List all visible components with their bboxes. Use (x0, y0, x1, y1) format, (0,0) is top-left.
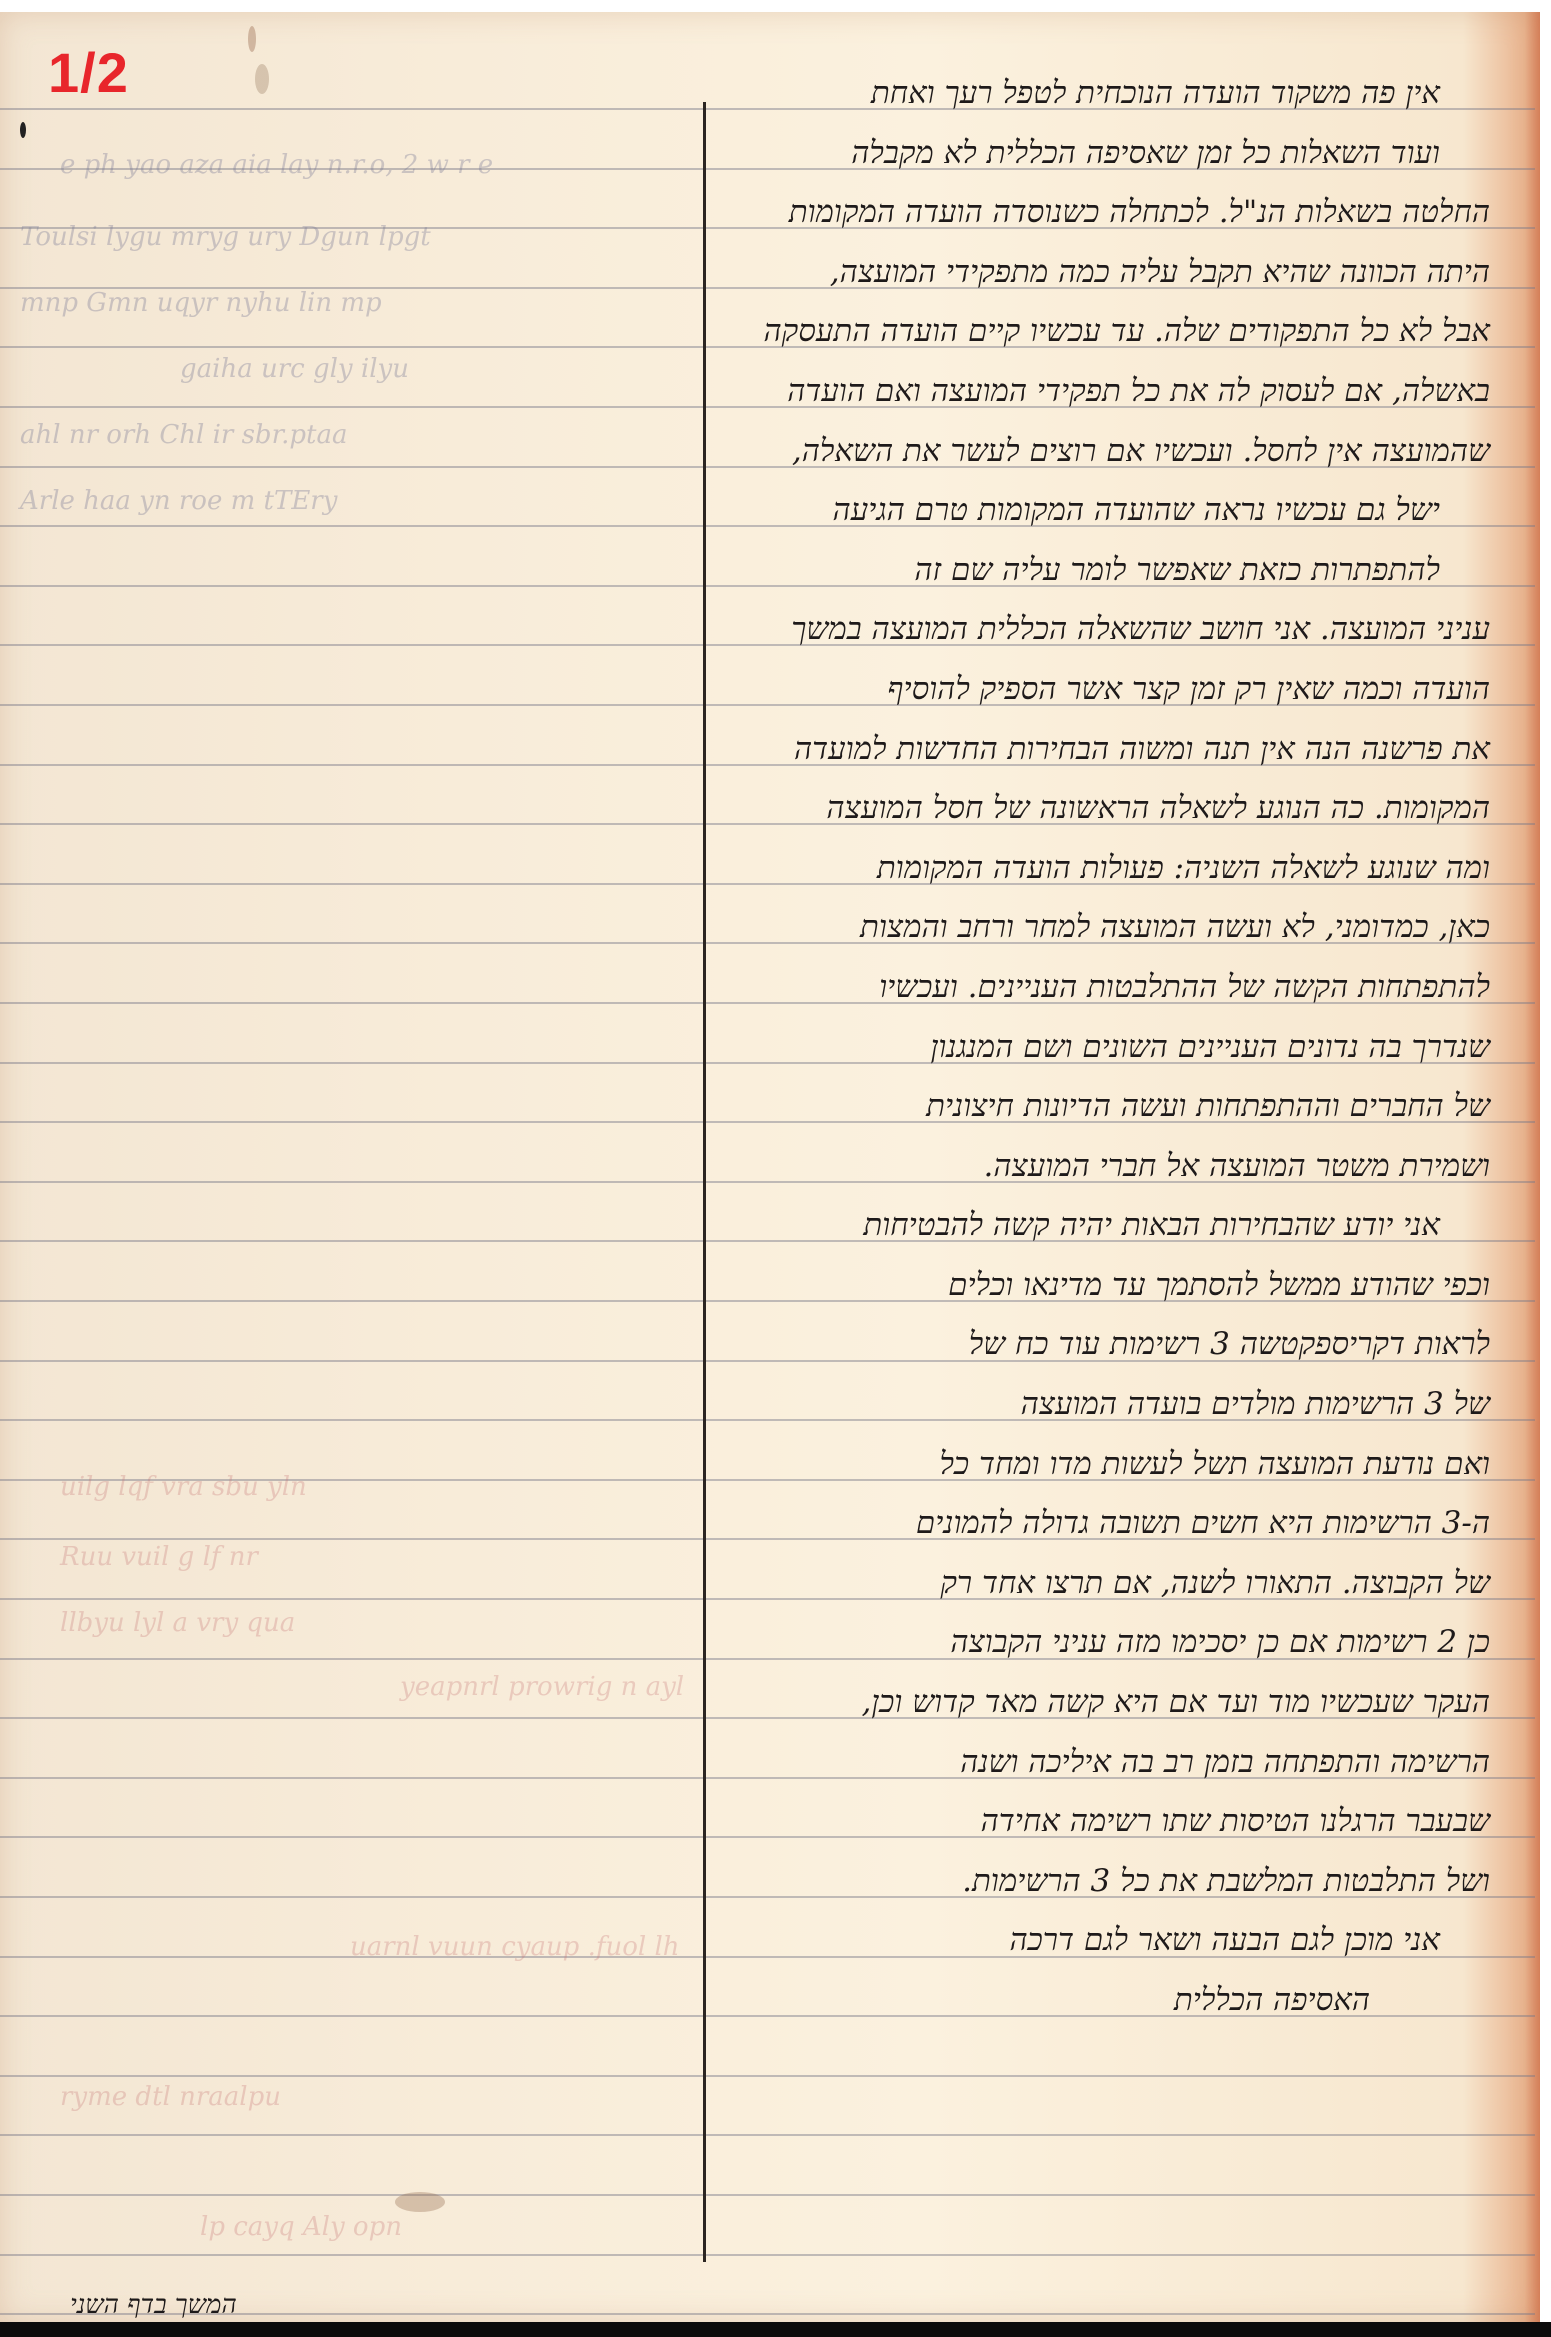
handwritten-body: אין פה משקוד הועדה הנוכחית לטפל רעך ואחת… (720, 64, 1510, 2031)
continuation-note: המשך בדף השני (70, 2290, 237, 2325)
text-line: כאן, כמדומני, לא ועשה המועצה למחר ורחב ו… (720, 898, 1510, 958)
text-line: כן 2 רשימות אם כן יסכימו מזה עניני הקבוצ… (720, 1613, 1510, 1673)
text-line: החלטה בשאלות הנ"ל. לכתחלה כשנוסדה הועדה … (720, 183, 1510, 243)
text-line: אני יודע שהבחירות הבאות יהיה קשה להבטיחו… (720, 1196, 1510, 1256)
text-line: הועדה וכמה שאין רק זמן קצר אשר הספיק להו… (720, 660, 1510, 720)
text-line: ה-3 הרשימות היא חשים תשובה גדולה להמונים (720, 1494, 1510, 1554)
text-line: שבעבר הרגלנו הטיסות שתו רשימה אחידה (720, 1792, 1510, 1852)
text-line: ומה שנוגע לשאלה השניה: פעולות הועדה המקו… (720, 839, 1510, 899)
bleed-through-line: gaiha urc gly ilyu (180, 354, 409, 384)
text-line: ושל התלבטות המלשבת את כל 3 הרשימות. (720, 1852, 1510, 1912)
text-line: היתה הכוונה שהיא תקבל עליה כמה מתפקידי ה… (720, 243, 1510, 303)
text-line: של החברים וההתפתחות ועשה הדיונות חיצונית (720, 1077, 1510, 1137)
text-line: של 3 הרשימות מולדים בועדה המועצה (720, 1375, 1510, 1435)
bleed-through-line: uarnl vuun cyaup .fuol lh (350, 1932, 680, 1962)
bleed-through-line: e ph yao aza aia lay n.r.o, 2 w r e (60, 150, 493, 180)
text-line: להתפתרות כזאת שאפשר לומר עליה שם זה (720, 541, 1510, 601)
text-line: ועוד השאלות כל זמן שאסיפה הכללית לא מקבל… (720, 124, 1510, 184)
text-line: אין פה משקוד הועדה הנוכחית לטפל רעך ואחת (720, 64, 1510, 124)
page-number-marker: 1/2 (48, 40, 129, 105)
text-line: של הקבוצה. התאורו לשנה, אם תרצו אחד רק (720, 1554, 1510, 1614)
text-line: העקר שעכשיו מוד ועד אם היא קשה מאד קדוש … (720, 1673, 1510, 1733)
manuscript-page: e ph yao aza aia lay n.r.o, 2 w r e Toul… (0, 12, 1540, 2322)
text-line: המקומות. כה הנוגע לשאלה הראשונה של חסל ה… (720, 779, 1510, 839)
text-line: ושמירת משטר המועצה אל חברי המועצה. (720, 1137, 1510, 1197)
ink-stain (248, 26, 256, 52)
bleed-through-line: yeapnrl prowrig n ayl (400, 1672, 684, 1702)
text-line: להתפתחות הקשה של ההתלבטות העניינים. ועכש… (720, 958, 1510, 1018)
text-line: עניני המועצה. אני חושב שהשאלה הכללית המו… (720, 600, 1510, 660)
text-line: וכפי שהודע ממשל להסתמך עד מדינאו וכלים (720, 1256, 1510, 1316)
ink-stain (395, 2192, 445, 2212)
text-line: הרשימה והתפתחה בזמן רב בה איליכה ושנה (720, 1733, 1510, 1793)
bleed-through-line: Toulsi lygu mryg ury Dgun lpgt (20, 222, 431, 252)
text-line: לראות דקריספקטשה 3 רשימות עוד כח של (720, 1315, 1510, 1375)
margin-line (703, 102, 706, 2262)
ink-stain (20, 122, 26, 138)
bleed-through-line: ryme dtl nraalpu (60, 2082, 281, 2112)
text-line: אני מוכן לגם הבעה ושאר לגם דרכה (720, 1911, 1510, 1971)
bleed-through-line: ahl nr orh Chl ir sbr.ptaa (20, 420, 348, 450)
text-line: אבל לא כל התפקודים שלה. עד עכשיו קיים הו… (720, 302, 1510, 362)
text-line: באשלה, אם לעסוק לה את כל תפקידי המועצה ו… (720, 362, 1510, 422)
text-line: ישל גם עכשיו נראה שהועדה המקומות טרם הגי… (720, 481, 1510, 541)
rule-line (0, 2134, 1535, 2136)
rule-line (0, 2075, 1535, 2077)
rule-line (0, 2254, 1535, 2256)
text-line: האסיפה הכללית (720, 1971, 1510, 2031)
bleed-through-line: uilg lqf vra sbu yln (60, 1472, 307, 1502)
bleed-through-line: mnp Gmn uqyr nyhu lin mp (20, 288, 382, 318)
bleed-through-line: llbyu lyl a vry qua (60, 1608, 295, 1638)
text-line: את פרשנה הנה אין תנה ומשוה הבחירות החדשו… (720, 720, 1510, 780)
text-line: שהמועצה אין לחסל. ועכשיו אם רוצים לעשר א… (720, 422, 1510, 482)
bleed-through-line: Ruu vuil g lf nr (60, 1542, 258, 1572)
rule-line (0, 2194, 1535, 2196)
bleed-through-line: lp cayq Aly opn (200, 2212, 402, 2242)
ink-stain (255, 64, 269, 94)
bleed-through-line: Arle haa yn roe m tTEry (20, 486, 337, 516)
scan-edge (0, 2322, 1551, 2337)
text-line: שנדרך בה נדונים העניינים השונים ושם המנג… (720, 1018, 1510, 1078)
text-line: ואם נודעת המועצה תשל לעשות מדו ומחד כל (720, 1435, 1510, 1495)
